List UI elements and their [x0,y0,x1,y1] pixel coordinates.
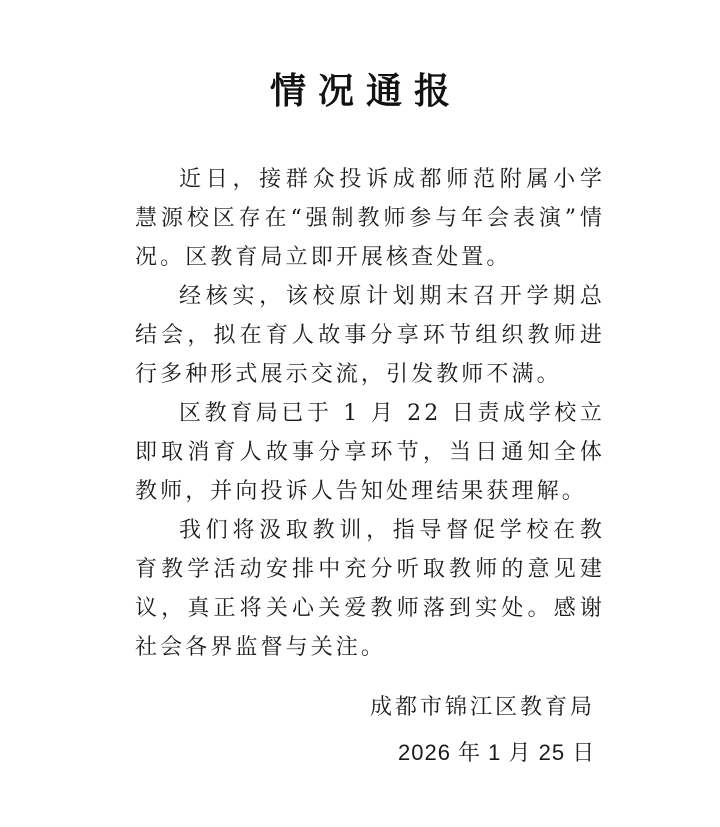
document-body: 近日，接群众投诉成都师范附属小学慧源校区存在“强制教师参与年会表演”情况。区教育… [135,160,605,667]
issue-date: 2026 年 1 月 25 日 [360,733,620,772]
paragraph-commitment: 我们将汲取教训，指导督促学校在教育教学活动安排中充分听取教师的意见建议，真正将关… [135,511,605,667]
document-title: 情况通报 [0,66,720,116]
signature-block: 成都市锦江区教育局 2026 年 1 月 25 日 [360,688,620,772]
paragraph-complaint: 近日，接群众投诉成都师范附属小学慧源校区存在“强制教师参与年会表演”情况。区教育… [135,160,605,277]
issuing-organization: 成都市锦江区教育局 [360,688,620,727]
paragraph-action: 区教育局已于 1 月 22 日责成学校立即取消育人故事分享环节，当日通知全体教师… [135,394,605,511]
paragraph-verification: 经核实，该校原计划期末召开学期总结会，拟在育人故事分享环节组织教师进行多种形式展… [135,277,605,394]
